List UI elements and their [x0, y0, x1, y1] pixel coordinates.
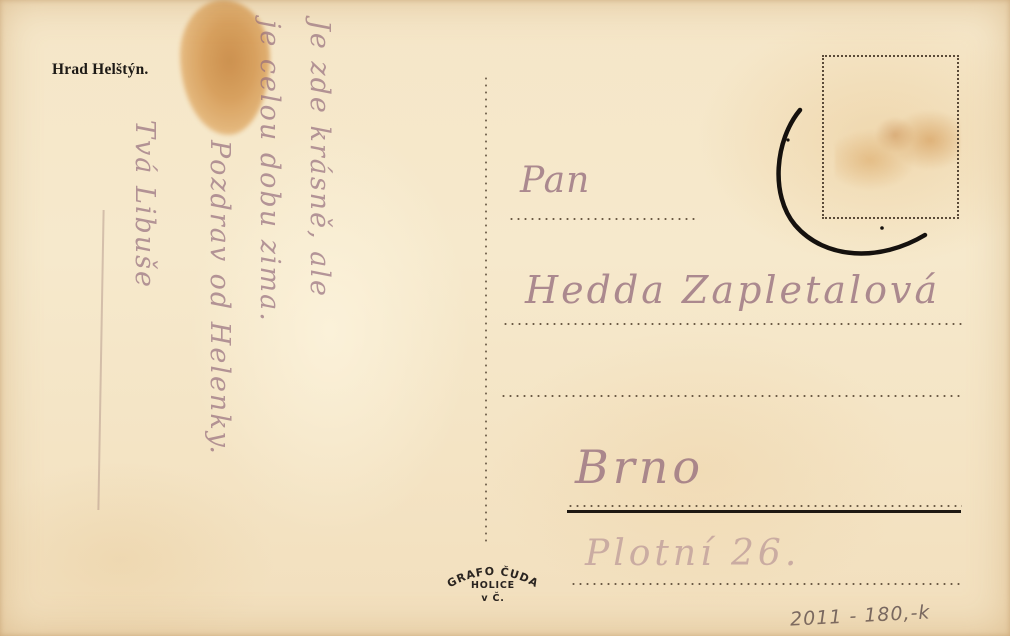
address-line-4 [567, 505, 962, 507]
address-city: Brno [575, 440, 704, 494]
address-recipient: Hedda Zapletalová [525, 268, 940, 312]
postmark-icon [770, 100, 940, 265]
message-line-1: Je zde krásně, ale [304, 20, 335, 298]
postcard-back: Hrad Helštýn. Je zde krásně, ale je celo… [0, 0, 1010, 636]
center-divider [485, 75, 487, 543]
message-line-3: Pozdrav od Helenky. [204, 140, 235, 456]
address-line-3 [500, 395, 962, 397]
city-underline [567, 510, 961, 513]
address-salutation: Pan [520, 160, 590, 201]
message-signature: Tvá Libuše [129, 120, 160, 289]
address-line-5 [570, 583, 962, 585]
pencil-margin-line [97, 210, 104, 510]
address-line-2 [502, 323, 962, 325]
address-street: Plotní 26. [585, 533, 800, 574]
printer-region: v Č. [468, 593, 518, 604]
message-line-2: je celou dobu zima. [254, 20, 285, 323]
pencil-price-note: 2011 - 180,-k [790, 601, 931, 630]
printer-city: HOLICE [468, 580, 518, 591]
postcard-caption: Hrad Helštýn. [52, 61, 148, 79]
address-line-1 [508, 218, 696, 220]
